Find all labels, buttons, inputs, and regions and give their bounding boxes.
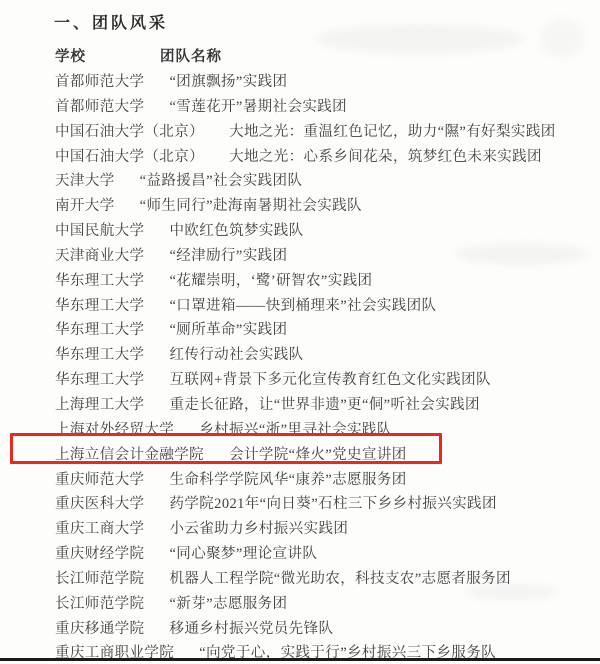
- table-row: 华东理工大学 互联网+背景下多元化宣传教育红色文化实践团队: [55, 368, 600, 393]
- table-row: 首都师范大学 “雪莲花开”暑期社会实践团: [55, 95, 600, 120]
- team-name: 重走长征路，让“世界非遗”更“侗”听社会实践团: [169, 397, 479, 413]
- table-row: 天津商业大学 “经津励行”实践团: [55, 244, 600, 269]
- team-name: “同心聚梦”理论宣讲队: [169, 546, 317, 562]
- section-heading: 一、团队风采: [54, 10, 168, 33]
- table-row: 重庆工商大学 小云雀助力乡村振兴实践团: [55, 517, 600, 542]
- table-row: 中国石油大学（北京） 大地之光：心系乡间花朵，筑梦红色未来实践团: [55, 145, 600, 170]
- table-row: 华东理工大学 “口罩进箱——快到桶理来”社会实践团队: [55, 294, 600, 319]
- team-name: 中欧红色筑梦实践队: [169, 223, 303, 239]
- team-name: 小云雀助力乡村振兴实践团: [169, 521, 348, 537]
- team-name: 药学院2021年“向日葵”石柱三下乡乡村振兴实践团: [169, 496, 496, 512]
- column-header-school: 学校: [55, 49, 86, 65]
- scan-bottom-edge: [0, 658, 600, 661]
- school-name: 长江师范学院: [55, 571, 144, 587]
- scan-smudge: [315, 24, 525, 54]
- team-name: 大地之光：心系乡间花朵，筑梦红色未来实践团: [229, 149, 542, 165]
- school-name: 南开大学: [55, 198, 115, 214]
- team-name: “口罩进箱——快到桶理来”社会实践团队: [169, 298, 436, 314]
- team-name: “团旗飘扬”实践团: [169, 74, 287, 90]
- scanned-document-page: 一、团队风采 学校 团队名称 首都师范大学 “团旗飘扬”实践团 首都师范大学 “…: [0, 0, 600, 664]
- school-name: 重庆财经学院: [55, 546, 144, 562]
- team-list: 首都师范大学 “团旗飘扬”实践团 首都师范大学 “雪莲花开”暑期社会实践团 中国…: [55, 70, 600, 664]
- school-name: 首都师范大学: [55, 99, 144, 115]
- table-row: 天津大学 “益路援昌”社会实践团队: [55, 169, 600, 194]
- table-row: 中国民航大学 中欧红色筑梦实践队: [55, 219, 600, 244]
- table-row: 上海立信会计金融学院 会计学院“烽火”党史宣讲团: [55, 443, 600, 468]
- table-row: 南开大学 “师生同行”赴海南暑期社会实践队: [55, 194, 600, 219]
- table-row: 华东理工大学 红传行动社会实践队: [55, 343, 600, 368]
- team-name: 互联网+背景下多元化宣传教育红色文化实践团队: [169, 372, 490, 388]
- school-name: 上海对外经贸大学: [55, 422, 174, 438]
- school-name: 首都师范大学: [55, 74, 144, 90]
- school-name: 重庆工商大学: [55, 521, 144, 537]
- team-name: 生命科学学院风华“康养”志愿服务团: [169, 472, 406, 488]
- school-name: 中国民航大学: [55, 223, 144, 239]
- table-row: 华东理工大学 “厕所革命”实践团: [55, 318, 600, 343]
- table-row: 长江师范学院 “新芽”志愿服务团: [55, 592, 600, 617]
- school-name: 长江师范学院: [55, 596, 144, 612]
- school-name: 重庆移通学院: [55, 621, 144, 637]
- team-name: “花耀崇明，‘鹭’研智农”实践团: [169, 273, 372, 289]
- table-row: 首都师范大学 “团旗飘扬”实践团: [55, 70, 600, 95]
- table-row: 中国石油大学（北京） 大地之光：重温红色记忆，助力“隰”有好梨实践团: [55, 120, 600, 145]
- table-row: 上海理工大学 重走长征路，让“世界非遗”更“侗”听社会实践团: [55, 393, 600, 418]
- school-name: 中国石油大学（北京）: [55, 124, 204, 140]
- scan-smudge: [540, 18, 585, 58]
- school-name: 天津商业大学: [55, 248, 144, 264]
- team-name: “厕所革命”实践团: [169, 322, 287, 338]
- column-headers: 学校 团队名称: [55, 45, 86, 66]
- school-name: 华东理工大学: [55, 298, 144, 314]
- school-name: 中国石油大学（北京）: [55, 149, 204, 165]
- table-row: 重庆移通学院 移通乡村振兴党员先锋队: [55, 617, 600, 642]
- table-row: 长江师范学院 机器人工程学院“微光助农，科技支农”志愿者服务团: [55, 567, 600, 592]
- team-name: “师生同行”赴海南暑期社会实践队: [140, 198, 362, 214]
- column-header-team: 团队名称: [160, 45, 222, 66]
- school-name: 上海理工大学: [55, 397, 144, 413]
- team-name: 机器人工程学院“微光助农，科技支农”志愿者服务团: [169, 571, 510, 587]
- team-name: 会计学院“烽火”党史宣讲团: [229, 447, 407, 463]
- school-name: 上海立信会计金融学院: [55, 447, 204, 463]
- school-name: 天津大学: [55, 173, 115, 189]
- table-row: 上海对外经贸大学 乡村振兴“浙”里寻社会实践队: [55, 418, 600, 443]
- team-name: “益路援昌”社会实践团队: [140, 173, 303, 189]
- team-name: “新芽”志愿服务团: [169, 596, 287, 612]
- school-name: 华东理工大学: [55, 322, 144, 338]
- table-row: 重庆师范大学 生命科学学院风华“康养”志愿服务团: [55, 468, 600, 493]
- school-name: 华东理工大学: [55, 347, 144, 363]
- team-name: “经津励行”实践团: [169, 248, 287, 264]
- team-name: 大地之光：重温红色记忆，助力“隰”有好梨实践团: [229, 124, 556, 140]
- team-name: 乡村振兴“浙”里寻社会实践队: [199, 422, 391, 438]
- school-name: 华东理工大学: [55, 273, 144, 289]
- school-name: 重庆师范大学: [55, 472, 144, 488]
- school-name: 华东理工大学: [55, 372, 144, 388]
- team-name: 移通乡村振兴党员先锋队: [169, 621, 333, 637]
- school-name: 重庆医科大学: [55, 496, 144, 512]
- table-row: 重庆医科大学 药学院2021年“向日葵”石柱三下乡乡村振兴实践团: [55, 492, 600, 517]
- team-name: “雪莲花开”暑期社会实践团: [169, 99, 347, 115]
- table-row: 重庆财经学院 “同心聚梦”理论宣讲队: [55, 542, 600, 567]
- team-name: 红传行动社会实践队: [169, 347, 303, 363]
- table-row: 华东理工大学 “花耀崇明，‘鹭’研智农”实践团: [55, 269, 600, 294]
